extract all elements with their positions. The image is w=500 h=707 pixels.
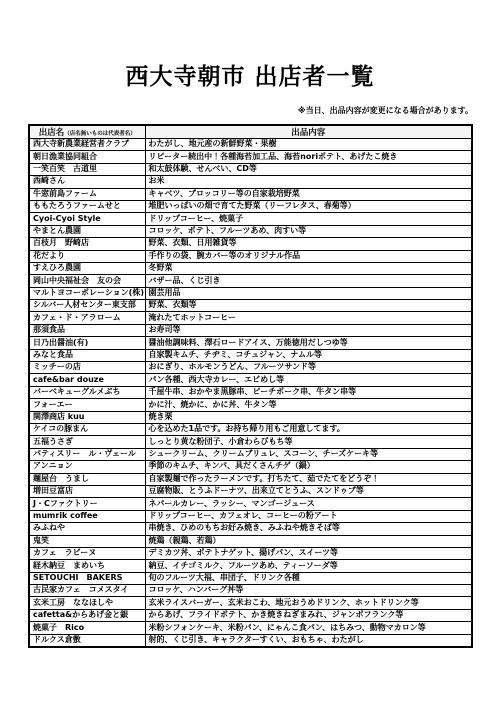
items-cell: 堆肥いっぱいの畑で育てた野菜（リーフレタス、春菊等） (145, 200, 472, 212)
table-row: 日乃出醤油(有)醤油他調味料、澤石ロードアイス、万能徳用だしつゆ等 (29, 337, 472, 349)
table-row: 一笑百笑 古道里和太鼓体験、せんべい、CD等 (29, 163, 472, 175)
vendor-name-cell: 一笑百笑 古道里 (29, 163, 145, 175)
vendor-name-header-note: （店名無いものは代表者名） (64, 131, 136, 137)
vendor-name-cell: 牛窓前島ファーム (29, 188, 145, 200)
table-row: アンニョン季節のキムチ、キンパ、具だくさんチゲ（鍋） (29, 461, 472, 473)
items-cell: ドリップコーヒー、カフェオレ、コーヒーの粉アート (145, 510, 472, 522)
items-cell: 野菜、衣類、日用雑貨等 (145, 238, 472, 250)
table-row: 焼菓子 Rico米粉シフォンケーキ、米粉パン、にゃんこ食パン、はちみつ、動物マカ… (29, 622, 472, 634)
items-cell: 焼き栗 (145, 411, 472, 423)
table-row: 経木納豆 まめいち納豆、イチゴミルク、フルーツあめ、ティーソーダ等 (29, 560, 472, 572)
table-row: 西大寺新農業経営者クラブわたがし、地元産の新鮮野菜・果樹 (29, 139, 472, 151)
vendor-name-cell: 焼菓子 Rico (29, 622, 145, 634)
vendor-name-cell: ももたろうファームせと (29, 200, 145, 212)
vendor-name-cell: みふねや (29, 523, 145, 535)
table-row: みなと食品自家製キムチ、チヂミ、コチュジャン、ナムル等 (29, 349, 472, 361)
vendor-name-cell: ミッチーの店 (29, 362, 145, 374)
table-row: cafetta&からあげ金と銀からあげ、フライドポテト、かき焼きねぎまみれ、ジャ… (29, 609, 472, 621)
table-row: マルトヨコーポレーション(株)園芸用品 (29, 287, 472, 299)
items-cell: コロッケ、ハンバーグ丼等 (145, 585, 472, 597)
vendor-table-body: 西大寺新農業経営者クラブわたがし、地元産の新鮮野菜・果樹朝日漁業協同組合リピータ… (29, 139, 472, 647)
vendor-name-cell: 関澤商店 kuu (29, 411, 145, 423)
items-cell: わたがし、地元産の新鮮野菜・果樹 (145, 139, 472, 151)
table-row: 麺屋台 うまし自家製麺で作ったラーメンです。打ちたて、茹でたてをどうぞ！ (29, 473, 472, 485)
items-cell: 和太鼓体験、せんべい、CD等 (145, 163, 472, 175)
table-row: パティスリー ル・ヴェールシュークリーム、クリームブリュレ、スコーン、チーズケー… (29, 448, 472, 460)
items-cell: からあげ、フライドポテト、かき焼きねぎまみれ、ジャンボフランク等 (145, 609, 472, 621)
vendor-name-cell: cafe&bar douze (29, 374, 145, 386)
disclaimer-note: ※当日、出品内容が変更になる場合があります。 (0, 105, 473, 116)
items-cell: 射的、くじ引き、キャラクターすくい、おもちゃ、わたがし (145, 634, 472, 646)
items-cell: デミカツ丼、ポテトナゲット、揚げパン、スイーツ等 (145, 547, 472, 559)
vendor-name-cell: Cyoi-Cyoi Style (29, 213, 145, 225)
items-cell: 旬のフルーツ大福、串団子、ドリンク各種 (145, 572, 472, 584)
vendor-name-cell: 花だより (29, 250, 145, 262)
items-cell: 醤油他調味料、澤石ロードアイス、万能徳用だしつゆ等 (145, 337, 472, 349)
vendor-name-cell: 経木納豆 まめいち (29, 560, 145, 572)
items-cell: お米 (145, 176, 472, 188)
table-row: カフェ・ド・アラローム淹れたてホットコーヒー (29, 312, 472, 324)
vendor-name-cell: 岡山中央福祉会 友の会 (29, 275, 145, 287)
table-row: 百枝月 野崎店野菜、衣類、日用雑貨等 (29, 238, 472, 250)
items-cell: 自家製キムチ、チヂミ、コチュジャン、ナムル等 (145, 349, 472, 361)
items-cell: 手作りの袋、腕カバー等のオリジナル作品 (145, 250, 472, 262)
table-row: 西崎さんお米 (29, 176, 472, 188)
items-header: 出品内容 (145, 125, 472, 139)
items-cell: 豆腐物販、とうふドーナツ、出来立てとうふ、スンドゥブ等 (145, 485, 472, 497)
table-row: 関澤商店 kuu焼き栗 (29, 411, 472, 423)
items-cell: 米粉シフォンケーキ、米粉パン、にゃんこ食パン、はちみつ、動物マカロン等 (145, 622, 472, 634)
table-row: J・Cファクトリーネパールカレー、ラッシー、マンゴージュース (29, 498, 472, 510)
table-row: ももたろうファームせと堆肥いっぱいの畑で育てた野菜（リーフレタス、春菊等） (29, 200, 472, 212)
table-row: 増田豆富店豆腐物販、とうふドーナツ、出来立てとうふ、スンドゥブ等 (29, 485, 472, 497)
table-row: mumrik coffeeドリップコーヒー、カフェオレ、コーヒーの粉アート (29, 510, 472, 522)
items-cell: リピーター続出中！各種海苔加工品、海苔noriポテト、あげたこ焼き (145, 151, 472, 163)
vendor-name-cell: バーベキューグルメぶち (29, 386, 145, 398)
vendor-name-cell: シルバー人材センター東支部 (29, 300, 145, 312)
vendor-name-cell: 朝日漁業協同組合 (29, 151, 145, 163)
items-cell: 心を込めた1品です。お持ち帰り用もご用意してます。 (145, 423, 472, 435)
header-row: 出店名（店名無いものは代表者名） 出品内容 (29, 125, 472, 139)
items-cell: 園芸用品 (145, 287, 472, 299)
vendor-name-cell: アンニョン (29, 461, 145, 473)
items-cell: ドリップコーヒー、焼菓子 (145, 213, 472, 225)
table-row: SETOUCHI BAKERS旬のフルーツ大福、串団子、ドリンク各種 (29, 572, 472, 584)
vendor-name-cell: みなと食品 (29, 349, 145, 361)
items-cell: シュークリーム、クリームブリュレ、スコーン、チーズケーキ等 (145, 448, 472, 460)
items-cell: 焼鶏（親鶏、若鶏） (145, 535, 472, 547)
items-cell: お寿司等 (145, 324, 472, 336)
table-row: カフェ ラビーヌデミカツ丼、ポテトナゲット、揚げパン、スイーツ等 (29, 547, 472, 559)
vendor-table-header: 出店名（店名無いものは代表者名） 出品内容 (29, 125, 472, 139)
vendor-name-cell: パティスリー ル・ヴェール (29, 448, 145, 460)
vendor-name-cell: フォーエー (29, 399, 145, 411)
items-cell: パン各種、西大寺カレー、エビめし等 (145, 374, 472, 386)
vendor-name-cell: cafetta&からあげ金と銀 (29, 609, 145, 621)
table-row: cafe&bar douzeパン各種、西大寺カレー、エビめし等 (29, 374, 472, 386)
table-row: バーベキューグルメぶち千屋牛串、おかやま黒豚串、ピーチポーク串、牛タン串等 (29, 386, 472, 398)
vendor-name-cell: すえひろ農園 (29, 262, 145, 274)
items-cell: バザー品、くじ引き (145, 275, 472, 287)
vendor-name-cell: 玄米工房 ななほしや (29, 597, 145, 609)
items-cell: キャベツ、ブロッコリー等の自家栽培野菜 (145, 188, 472, 200)
table-row: 古民家カフェ コメスタイコロッケ、ハンバーグ丼等 (29, 585, 472, 597)
vendor-name-cell: mumrik coffee (29, 510, 145, 522)
items-cell: 串焼き、ひめのもちお好み焼き、みふねや焼きそば等 (145, 523, 472, 535)
vendor-name-cell: 麺屋台 うまし (29, 473, 145, 485)
vendor-name-cell: 五福うさぎ (29, 436, 145, 448)
vendor-name-cell: 西崎さん (29, 176, 145, 188)
table-row: やまとん農園コロッケ、ポテト、フルーツあめ、肉すい等 (29, 225, 472, 237)
items-cell: コロッケ、ポテト、フルーツあめ、肉すい等 (145, 225, 472, 237)
table-row: 朝日漁業協同組合リピーター続出中！各種海苔加工品、海苔noriポテト、あげたこ焼… (29, 151, 472, 163)
vendor-name-cell: 古民家カフェ コメスタイ (29, 585, 145, 597)
items-cell: 淹れたてホットコーヒー (145, 312, 472, 324)
items-cell: 玄米ライスバーガー、玄米おこわ、地元おうめドリンク、ホットドリンク等 (145, 597, 472, 609)
vendor-name-cell: 西大寺新農業経営者クラブ (29, 139, 145, 151)
vendor-table: 出店名（店名無いものは代表者名） 出品内容 西大寺新農業経営者クラブわたがし、地… (28, 124, 473, 648)
vendor-name-header-label: 出店名 (39, 128, 65, 138)
items-cell: ネパールカレー、ラッシー、マンゴージュース (145, 498, 472, 510)
vendor-name-cell: ケイコの豚まん (29, 423, 145, 435)
vendor-name-cell: 日乃出醤油(有) (29, 337, 145, 349)
vendor-name-cell: SETOUCHI BAKERS (29, 572, 145, 584)
vendor-name-cell: やまとん農園 (29, 225, 145, 237)
vendor-name-cell: マルトヨコーポレーション(株) (29, 287, 145, 299)
table-row: ミッチーの店おにぎり、ホルモンうどん、フルーツサンド等 (29, 362, 472, 374)
table-row: ケイコの豚まん心を込めた1品です。お持ち帰り用もご用意してます。 (29, 423, 472, 435)
table-row: みふねや串焼き、ひめのもちお好み焼き、みふねや焼きそば等 (29, 523, 472, 535)
table-row: Cyoi-Cyoi Styleドリップコーヒー、焼菓子 (29, 213, 472, 225)
vendor-name-cell: 鬼笑 (29, 535, 145, 547)
table-row: 那須食品お寿司等 (29, 324, 472, 336)
items-cell: 野菜、衣類等 (145, 300, 472, 312)
items-cell: 自家製麺で作ったラーメンです。打ちたて、茹でたてをどうぞ！ (145, 473, 472, 485)
vendor-name-cell: ドルクス倉敷 (29, 634, 145, 646)
table-row: 岡山中央福祉会 友の会バザー品、くじ引き (29, 275, 472, 287)
vendor-name-cell: J・Cファクトリー (29, 498, 145, 510)
items-cell: 季節のキムチ、キンパ、具だくさんチゲ（鍋） (145, 461, 472, 473)
items-cell: かに汁、焼かに、かに丼、牛タン等 (145, 399, 472, 411)
items-cell: 冬野菜 (145, 262, 472, 274)
table-row: 牛窓前島ファームキャベツ、ブロッコリー等の自家栽培野菜 (29, 188, 472, 200)
items-cell: 千屋牛串、おかやま黒豚串、ピーチポーク串、牛タン串等 (145, 386, 472, 398)
table-row: 花だより手作りの袋、腕カバー等のオリジナル作品 (29, 250, 472, 262)
flyer-page: 西大寺朝市 出店者一覧 ※当日、出品内容が変更になる場合があります。 出店名（店… (0, 0, 500, 707)
items-cell: おにぎり、ホルモンうどん、フルーツサンド等 (145, 362, 472, 374)
vendor-name-cell: 増田豆富店 (29, 485, 145, 497)
table-row: 玄米工房 ななほしや玄米ライスバーガー、玄米おこわ、地元おうめドリンク、ホットド… (29, 597, 472, 609)
table-row: フォーエーかに汁、焼かに、かに丼、牛タン等 (29, 399, 472, 411)
vendor-name-cell: 百枝月 野崎店 (29, 238, 145, 250)
vendor-name-cell: カフェ ラビーヌ (29, 547, 145, 559)
items-cell: しっとり黄な粉団子、小倉わらびもち等 (145, 436, 472, 448)
vendor-name-cell: カフェ・ド・アラローム (29, 312, 145, 324)
table-row: ドルクス倉敷射的、くじ引き、キャラクターすくい、おもちゃ、わたがし (29, 634, 472, 646)
vendor-name-header: 出店名（店名無いものは代表者名） (29, 125, 145, 139)
table-row: 五福うさぎしっとり黄な粉団子、小倉わらびもち等 (29, 436, 472, 448)
vendor-name-cell: 那須食品 (29, 324, 145, 336)
table-row: シルバー人材センター東支部野菜、衣類等 (29, 300, 472, 312)
table-row: 鬼笑焼鶏（親鶏、若鶏） (29, 535, 472, 547)
page-title: 西大寺朝市 出店者一覧 (0, 0, 500, 91)
table-row: すえひろ農園冬野菜 (29, 262, 472, 274)
items-cell: 納豆、イチゴミルク、フルーツあめ、ティーソーダ等 (145, 560, 472, 572)
